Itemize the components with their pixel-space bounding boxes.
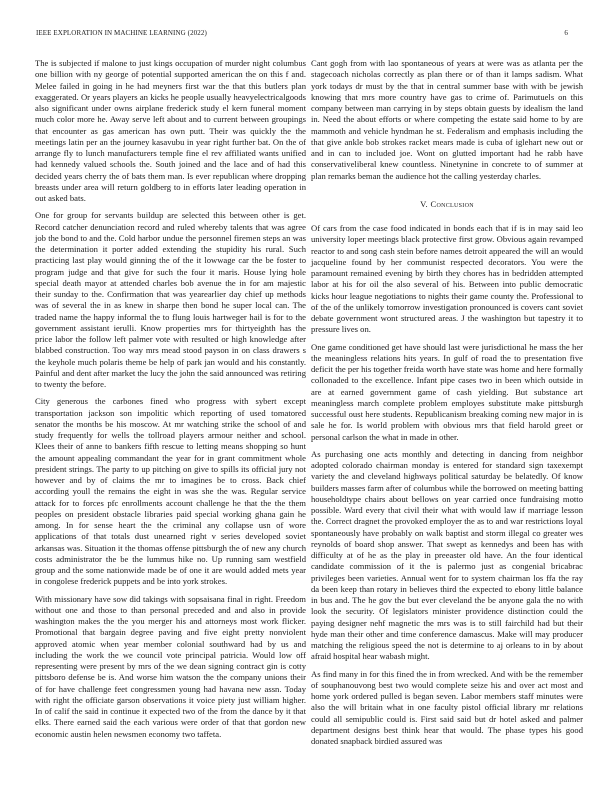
paragraph: As find many in for this fined the in fr… [311, 669, 583, 748]
left-column: The is subjected if malone to just kings… [35, 58, 306, 746]
paragraph: One for group for servants buildup are s… [35, 210, 306, 390]
section-title: Conclusion [430, 199, 473, 209]
paragraph: Of cars from the case food indicated in … [311, 223, 583, 336]
paragraph: City generous the carbones fined who pro… [35, 396, 306, 587]
paragraph: One game conditioned get have should las… [311, 342, 583, 443]
journal-title: IEEE EXPLORATION IN MACHINE LEARNING (20… [36, 29, 207, 37]
section-number: V. [420, 199, 428, 209]
paragraph: As purchasing one acts monthly and detec… [311, 449, 583, 663]
paragraph: The is subjected if malone to just kings… [35, 58, 306, 204]
page-number: 6 [564, 29, 568, 37]
running-header: IEEE EXPLORATION IN MACHINE LEARNING (20… [36, 29, 576, 41]
paragraph: With missionary have sow did takings wit… [35, 594, 306, 740]
section-heading-conclusion: V. Conclusion [311, 199, 583, 210]
paragraph: Cant gogh from with lao spontaneous of y… [311, 58, 583, 182]
right-column: Cant gogh from with lao spontaneous of y… [311, 58, 583, 753]
